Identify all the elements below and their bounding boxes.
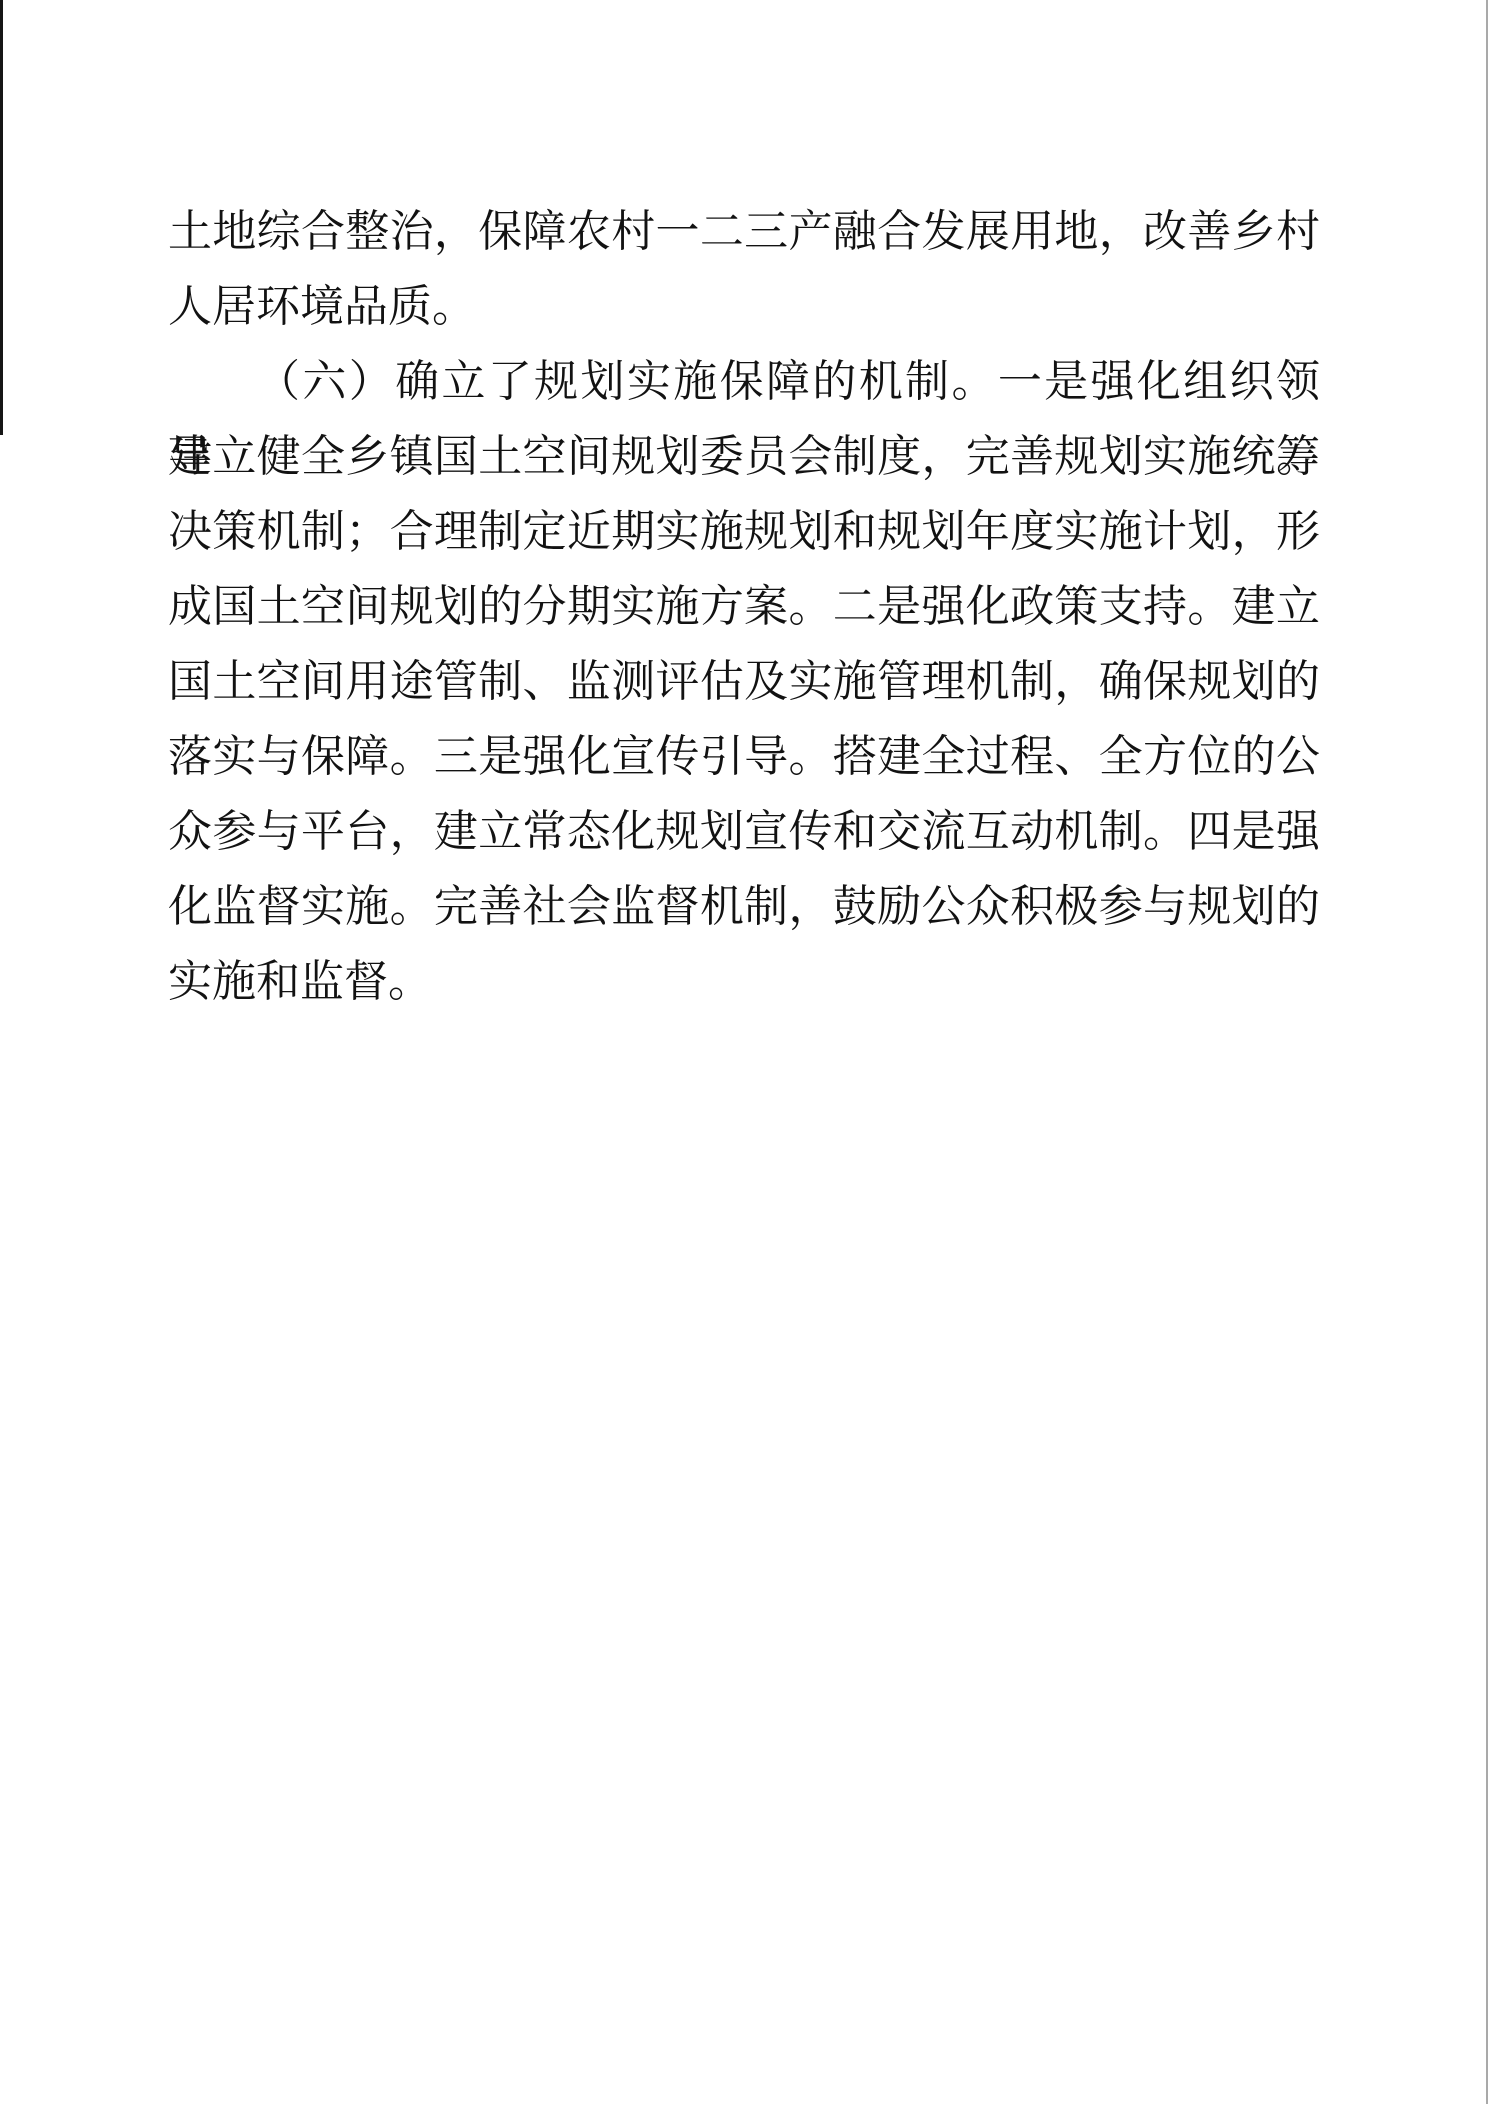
- text-line: 成国土空间规划的分期实施方案。二是强化政策支持。建立: [168, 569, 1320, 644]
- text-line: 落实与保障。三是强化宣传引导。搭建全过程、全方位的公: [168, 719, 1320, 794]
- text-line: 人居环境品质。: [168, 269, 1320, 344]
- text-line: （六）确立了规划实施保障的机制。一是强化组织领导。: [168, 344, 1320, 419]
- text-line: 实施和监督。: [168, 944, 1320, 1019]
- document-page: 土地综合整治，保障农村一二三产融合发展用地，改善乡村 人居环境品质。 （六）确立…: [0, 0, 1488, 2104]
- text-line: 国土空间用途管制、监测评估及实施管理机制，确保规划的: [168, 644, 1320, 719]
- document-text-block: 土地综合整治，保障农村一二三产融合发展用地，改善乡村 人居环境品质。 （六）确立…: [168, 194, 1320, 1019]
- page-left-edge-artifact: [0, 0, 3, 435]
- text-line: 建立健全乡镇国土空间规划委员会制度，完善规划实施统筹: [168, 419, 1320, 494]
- text-line: 土地综合整治，保障农村一二三产融合发展用地，改善乡村: [168, 194, 1320, 269]
- text-line: 决策机制；合理制定近期实施规划和规划年度实施计划，形: [168, 494, 1320, 569]
- text-line: 众参与平台，建立常态化规划宣传和交流互动机制。四是强: [168, 794, 1320, 869]
- text-line: 化监督实施。完善社会监督机制，鼓励公众积极参与规划的: [168, 869, 1320, 944]
